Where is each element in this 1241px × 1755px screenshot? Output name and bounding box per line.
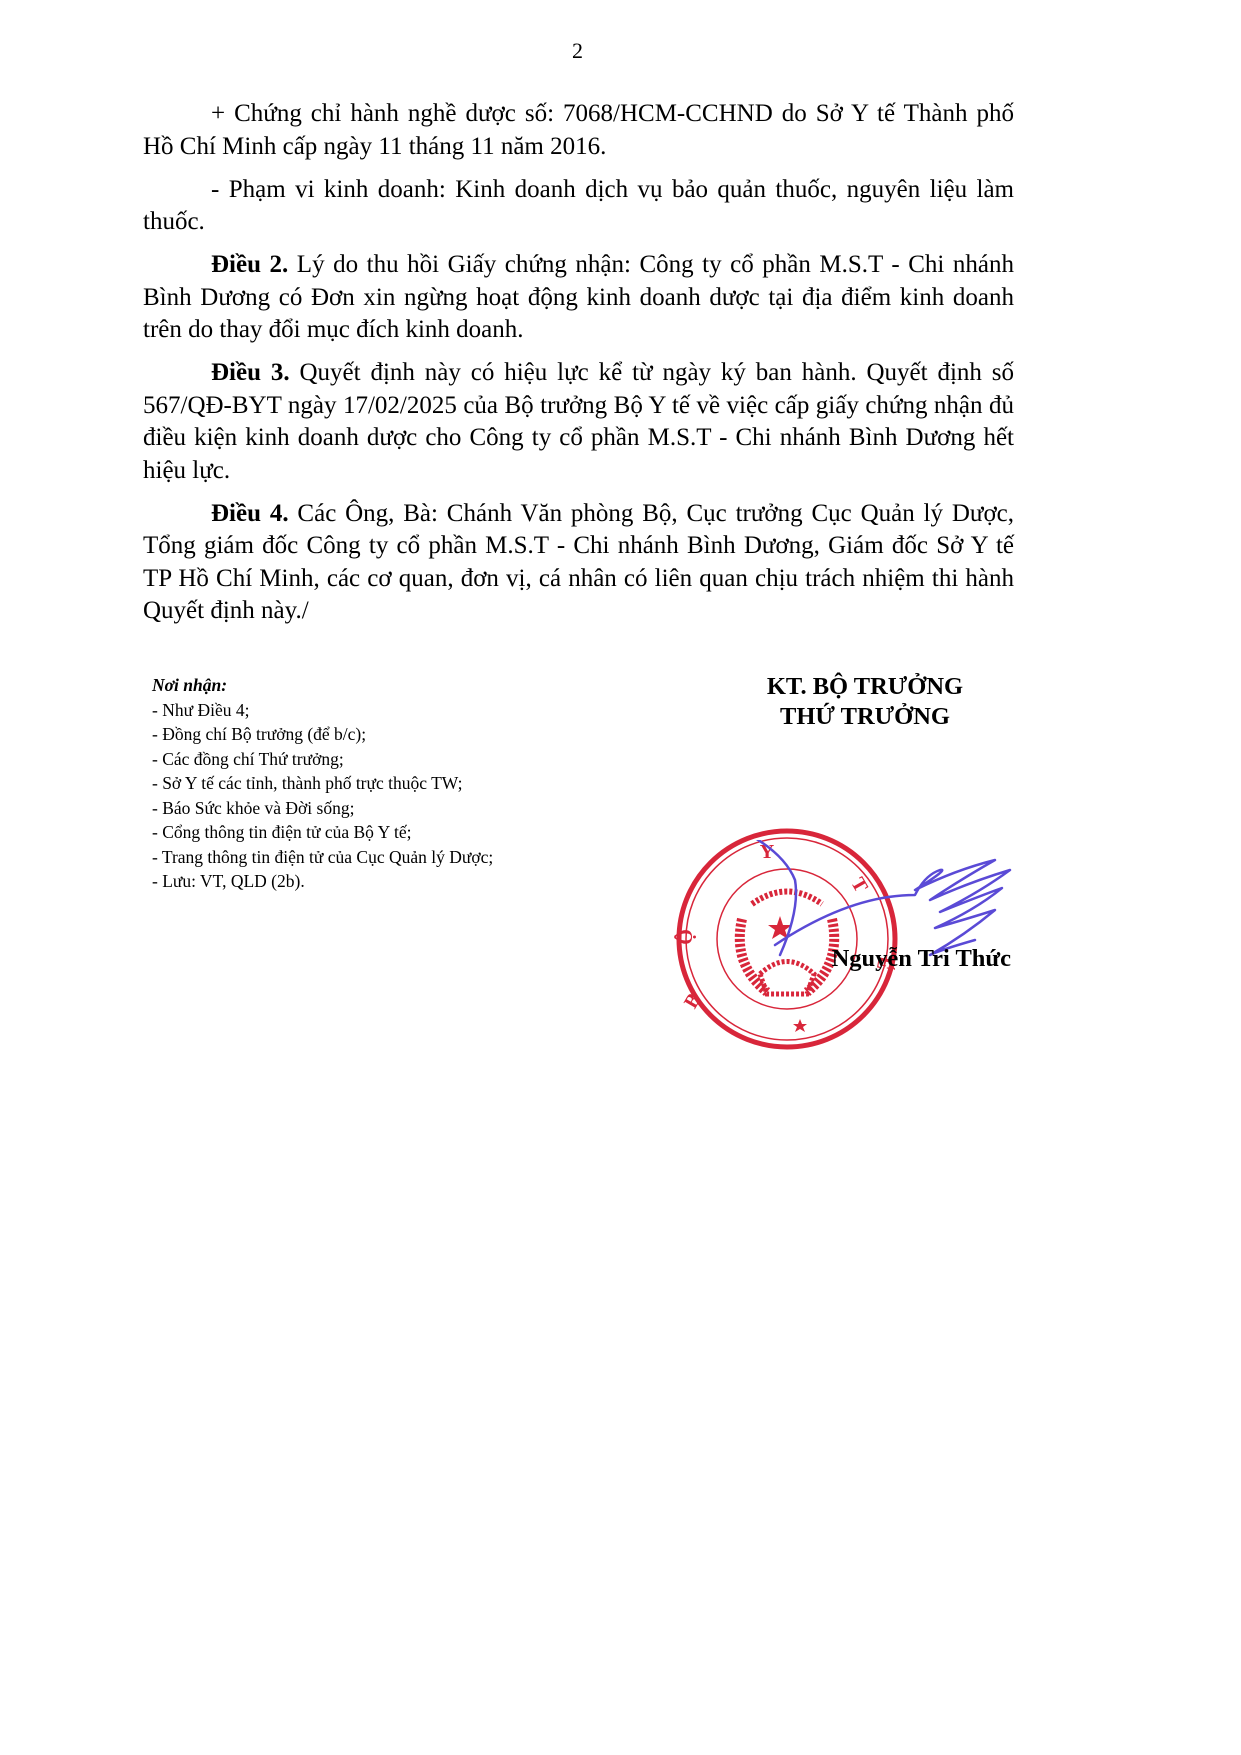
article-label: Điều 3. bbox=[211, 359, 290, 386]
paragraph-certificate: + Chứng chỉ hành nghề dược số: 7068/HCM-… bbox=[143, 98, 1014, 163]
article-label: Điều 2. bbox=[211, 251, 288, 278]
svg-text:Ộ: Ộ bbox=[674, 929, 697, 945]
recipient-item: - Báo Sức khỏe và Đời sống; bbox=[152, 796, 612, 821]
paragraph-business-scope: - Phạm vi kinh doanh: Kinh doanh dịch vụ… bbox=[143, 174, 1014, 239]
recipient-item: - Như Điều 4; bbox=[152, 698, 612, 723]
recipients-list: Nơi nhận: - Như Điều 4; - Đồng chí Bộ tr… bbox=[152, 673, 612, 894]
article-4: Điều 4. Các Ông, Bà: Chánh Văn phòng Bộ,… bbox=[143, 498, 1014, 628]
page-number: 2 bbox=[0, 38, 1155, 64]
paragraph-text: + Chứng chỉ hành nghề dược số: 7068/HCM-… bbox=[143, 100, 1014, 160]
document-body: + Chứng chỉ hành nghề dược số: 7068/HCM-… bbox=[143, 98, 1014, 638]
signer-name: Nguyễn Tri Thức bbox=[660, 944, 1070, 974]
article-3: Điều 3. Quyết định này có hiệu lực kể từ… bbox=[143, 357, 1014, 487]
signature-title-line1: KT. BỘ TRƯỞNG bbox=[660, 672, 1070, 702]
recipient-item: - Sở Y tế các tỉnh, thành phố trực thuộc… bbox=[152, 771, 612, 796]
article-label: Điều 4. bbox=[211, 500, 289, 527]
recipients-title: Nơi nhận: bbox=[152, 673, 612, 698]
paragraph-text: - Phạm vi kinh doanh: Kinh doanh dịch vụ… bbox=[143, 176, 1014, 236]
recipient-item: - Lưu: VT, QLD (2b). bbox=[152, 869, 612, 894]
article-2: Điều 2. Lý do thu hồi Giấy chứng nhận: C… bbox=[143, 249, 1014, 347]
recipient-item: - Trang thông tin điện tử của Cục Quản l… bbox=[152, 845, 612, 870]
recipient-item: - Các đồng chí Thứ trưởng; bbox=[152, 747, 612, 772]
recipient-item: - Cổng thông tin điện tử của Bộ Y tế; bbox=[152, 820, 612, 845]
signature-title: KT. BỘ TRƯỞNG THỨ TRƯỞNG bbox=[660, 672, 1070, 732]
signature-title-line2: THỨ TRƯỞNG bbox=[660, 702, 1070, 732]
recipient-item: - Đồng chí Bộ trưởng (để b/c); bbox=[152, 722, 612, 747]
